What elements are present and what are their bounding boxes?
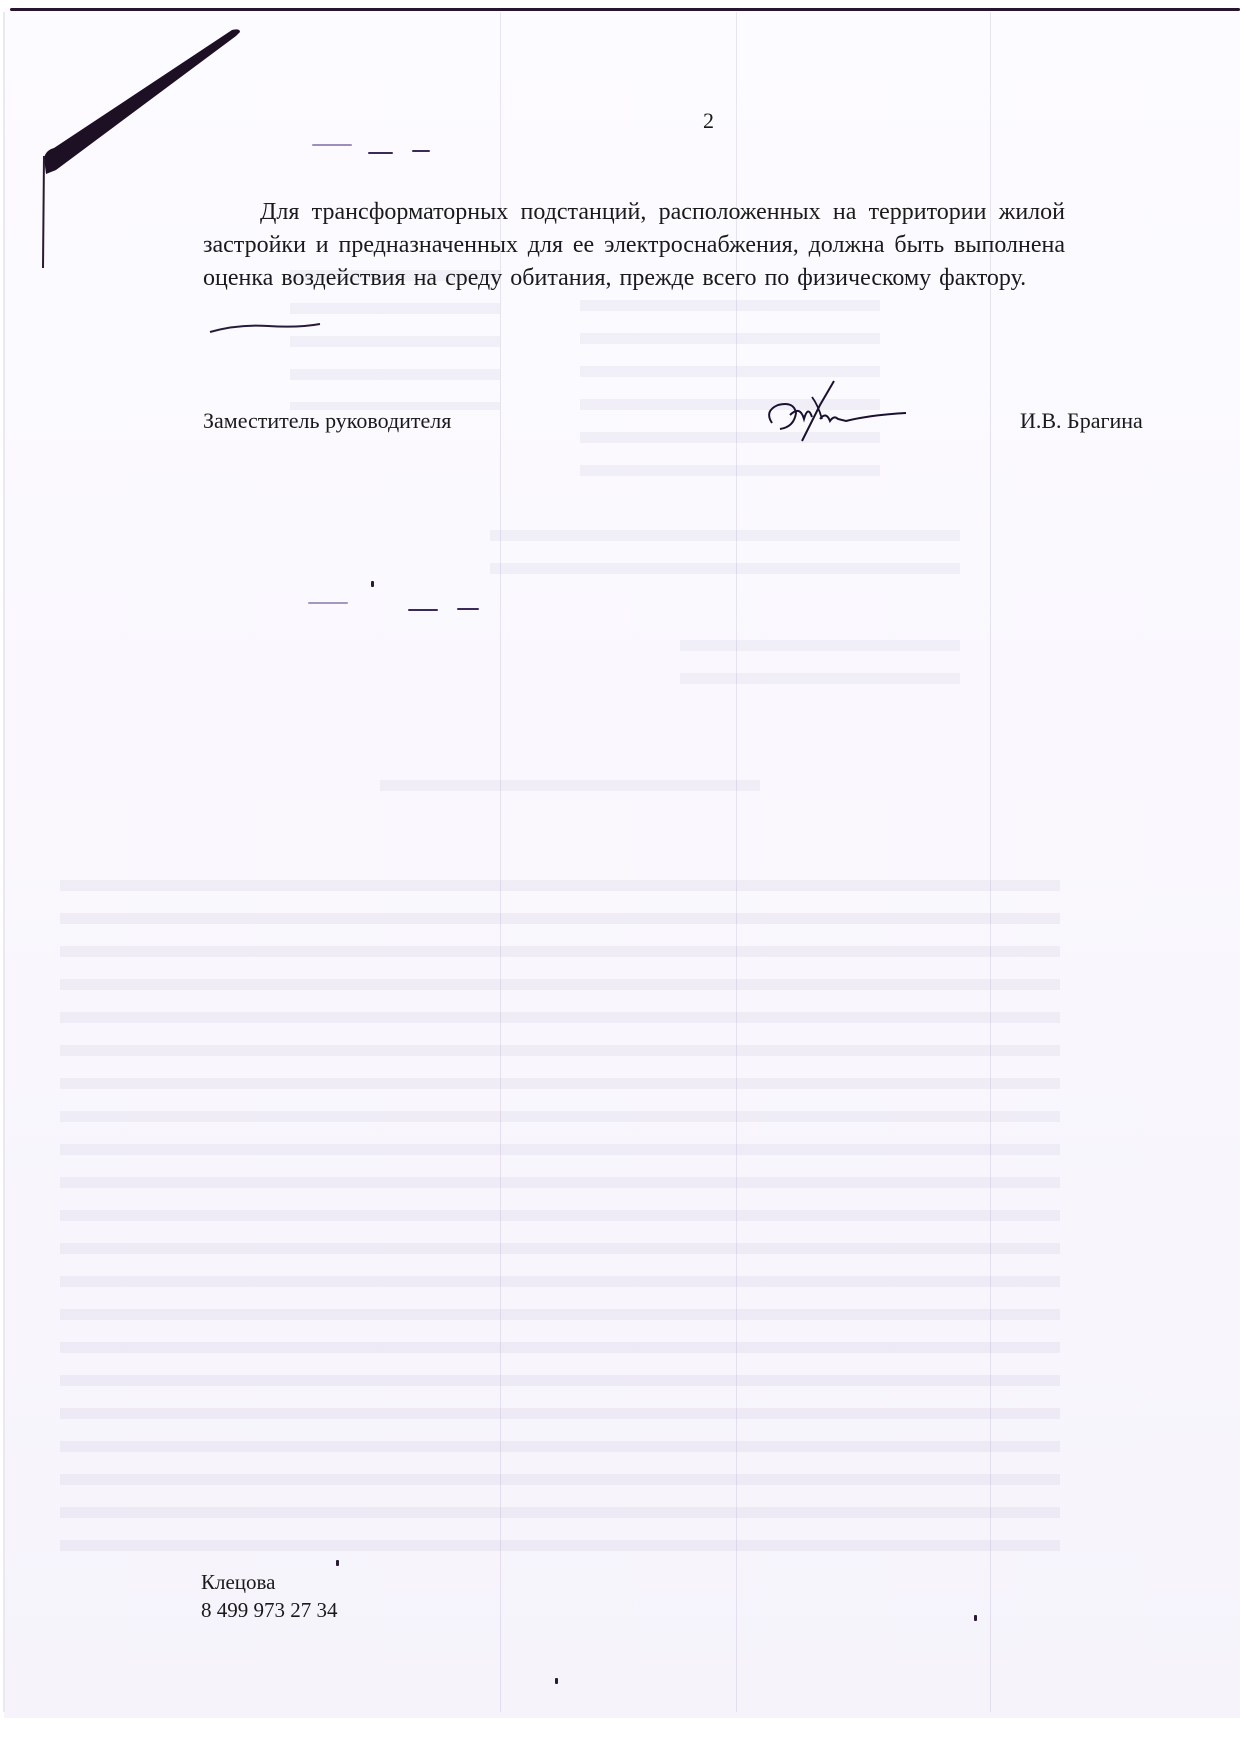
page-number: 2 bbox=[703, 108, 714, 134]
sheet-left-edge bbox=[3, 12, 5, 1712]
handwritten-signature bbox=[760, 375, 910, 445]
handwritten-underline bbox=[208, 322, 323, 336]
signatory-position: Заместитель руководителя bbox=[203, 408, 451, 434]
stray-speck bbox=[371, 581, 374, 587]
stray-mark bbox=[308, 602, 348, 604]
stray-mark bbox=[457, 608, 479, 610]
body-paragraph: Для трансформаторных подстанций, располо… bbox=[203, 196, 1065, 295]
stray-mark bbox=[412, 150, 430, 152]
executor-contact: Клецова 8 499 973 27 34 bbox=[201, 1568, 338, 1624]
stray-mark bbox=[368, 152, 393, 154]
executor-phone: 8 499 973 27 34 bbox=[201, 1596, 338, 1624]
stray-speck bbox=[974, 1615, 977, 1621]
signatory-name: И.В. Брагина bbox=[1020, 408, 1143, 434]
scanned-letter-page: 2 Для трансформаторных подстанций, распо… bbox=[0, 0, 1240, 1753]
stray-mark bbox=[312, 144, 352, 146]
stray-speck bbox=[336, 1560, 339, 1566]
stray-speck bbox=[555, 1678, 558, 1684]
stray-mark bbox=[408, 609, 438, 611]
sheet-top-edge-shadow bbox=[10, 8, 1240, 11]
executor-name: Клецова bbox=[201, 1568, 338, 1596]
